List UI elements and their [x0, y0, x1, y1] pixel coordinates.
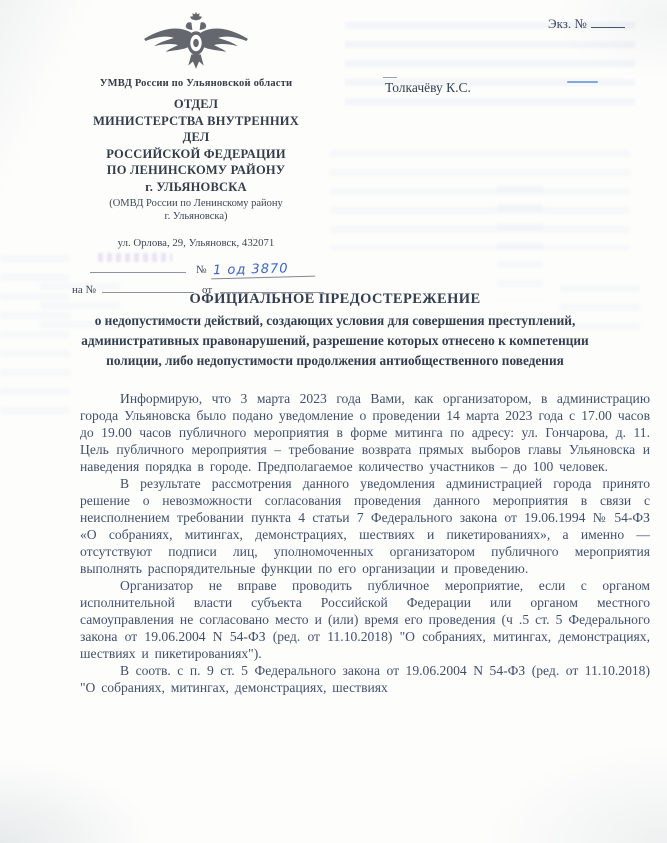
- parent-org-name: УМВД России по Ульяновской области: [28, 78, 364, 89]
- bleed-through-top-right: [345, 22, 635, 117]
- scanned-official-warning-document: Экз. №: [0, 0, 667, 843]
- exemplar-label: Экз. №: [548, 16, 587, 31]
- number-label: №: [196, 264, 207, 276]
- blue-pen-mark: [567, 81, 598, 83]
- paragraph-organizer-restriction: Организатор не вправе проводить публично…: [80, 577, 650, 662]
- bleed-through-mid-right: [330, 150, 630, 250]
- org-address: ул. Орлова, 29, Ульяновск, 432071: [28, 237, 364, 249]
- date-blank-line: [90, 272, 186, 273]
- handwritten-document-number: 1 од 3870: [210, 261, 314, 280]
- paragraph-law-citation: В соотв. с п. 9 ст. 5 Федерального закон…: [80, 662, 650, 696]
- letterhead: УМВД России по Ульяновской области ОТДЕЛ…: [28, 10, 364, 296]
- bleed-through-right-column: [497, 185, 543, 300]
- document-number-row: №1 од 3870: [28, 262, 364, 278]
- addressee-name: Толкачёву К.С.: [385, 80, 471, 96]
- exemplar-field: Экз. №: [548, 16, 625, 32]
- paragraph-notification: Информирую, что 3 марта 2023 года Вами, …: [80, 390, 650, 475]
- document-subtitle: о недопустимости действий, создающих усл…: [55, 311, 615, 371]
- exemplar-blank-line: [591, 27, 625, 28]
- faded-date-stamp: [98, 253, 172, 262]
- org-name: ОТДЕЛ МИНИСТЕРСТВА ВНУТРЕННИХ ДЕЛ РОССИЙ…: [28, 96, 364, 195]
- org-short-name: (ОМВД России по Ленинскому району г. Уль…: [28, 197, 364, 223]
- document-body: Информирую, что 3 марта 2023 года Вами, …: [80, 390, 650, 696]
- document-title: ОФИЦИАЛЬНОЕ ПРЕДОСТЕРЕЖЕНИЕ: [55, 291, 615, 308]
- document-title-block: ОФИЦИАЛЬНОЕ ПРЕДОСТЕРЕЖЕНИЕ о недопустим…: [55, 291, 615, 371]
- mvd-eagle-emblem-icon: [142, 10, 250, 74]
- paragraph-refusal-decision: В результате рассмотрения данного уведом…: [80, 475, 650, 577]
